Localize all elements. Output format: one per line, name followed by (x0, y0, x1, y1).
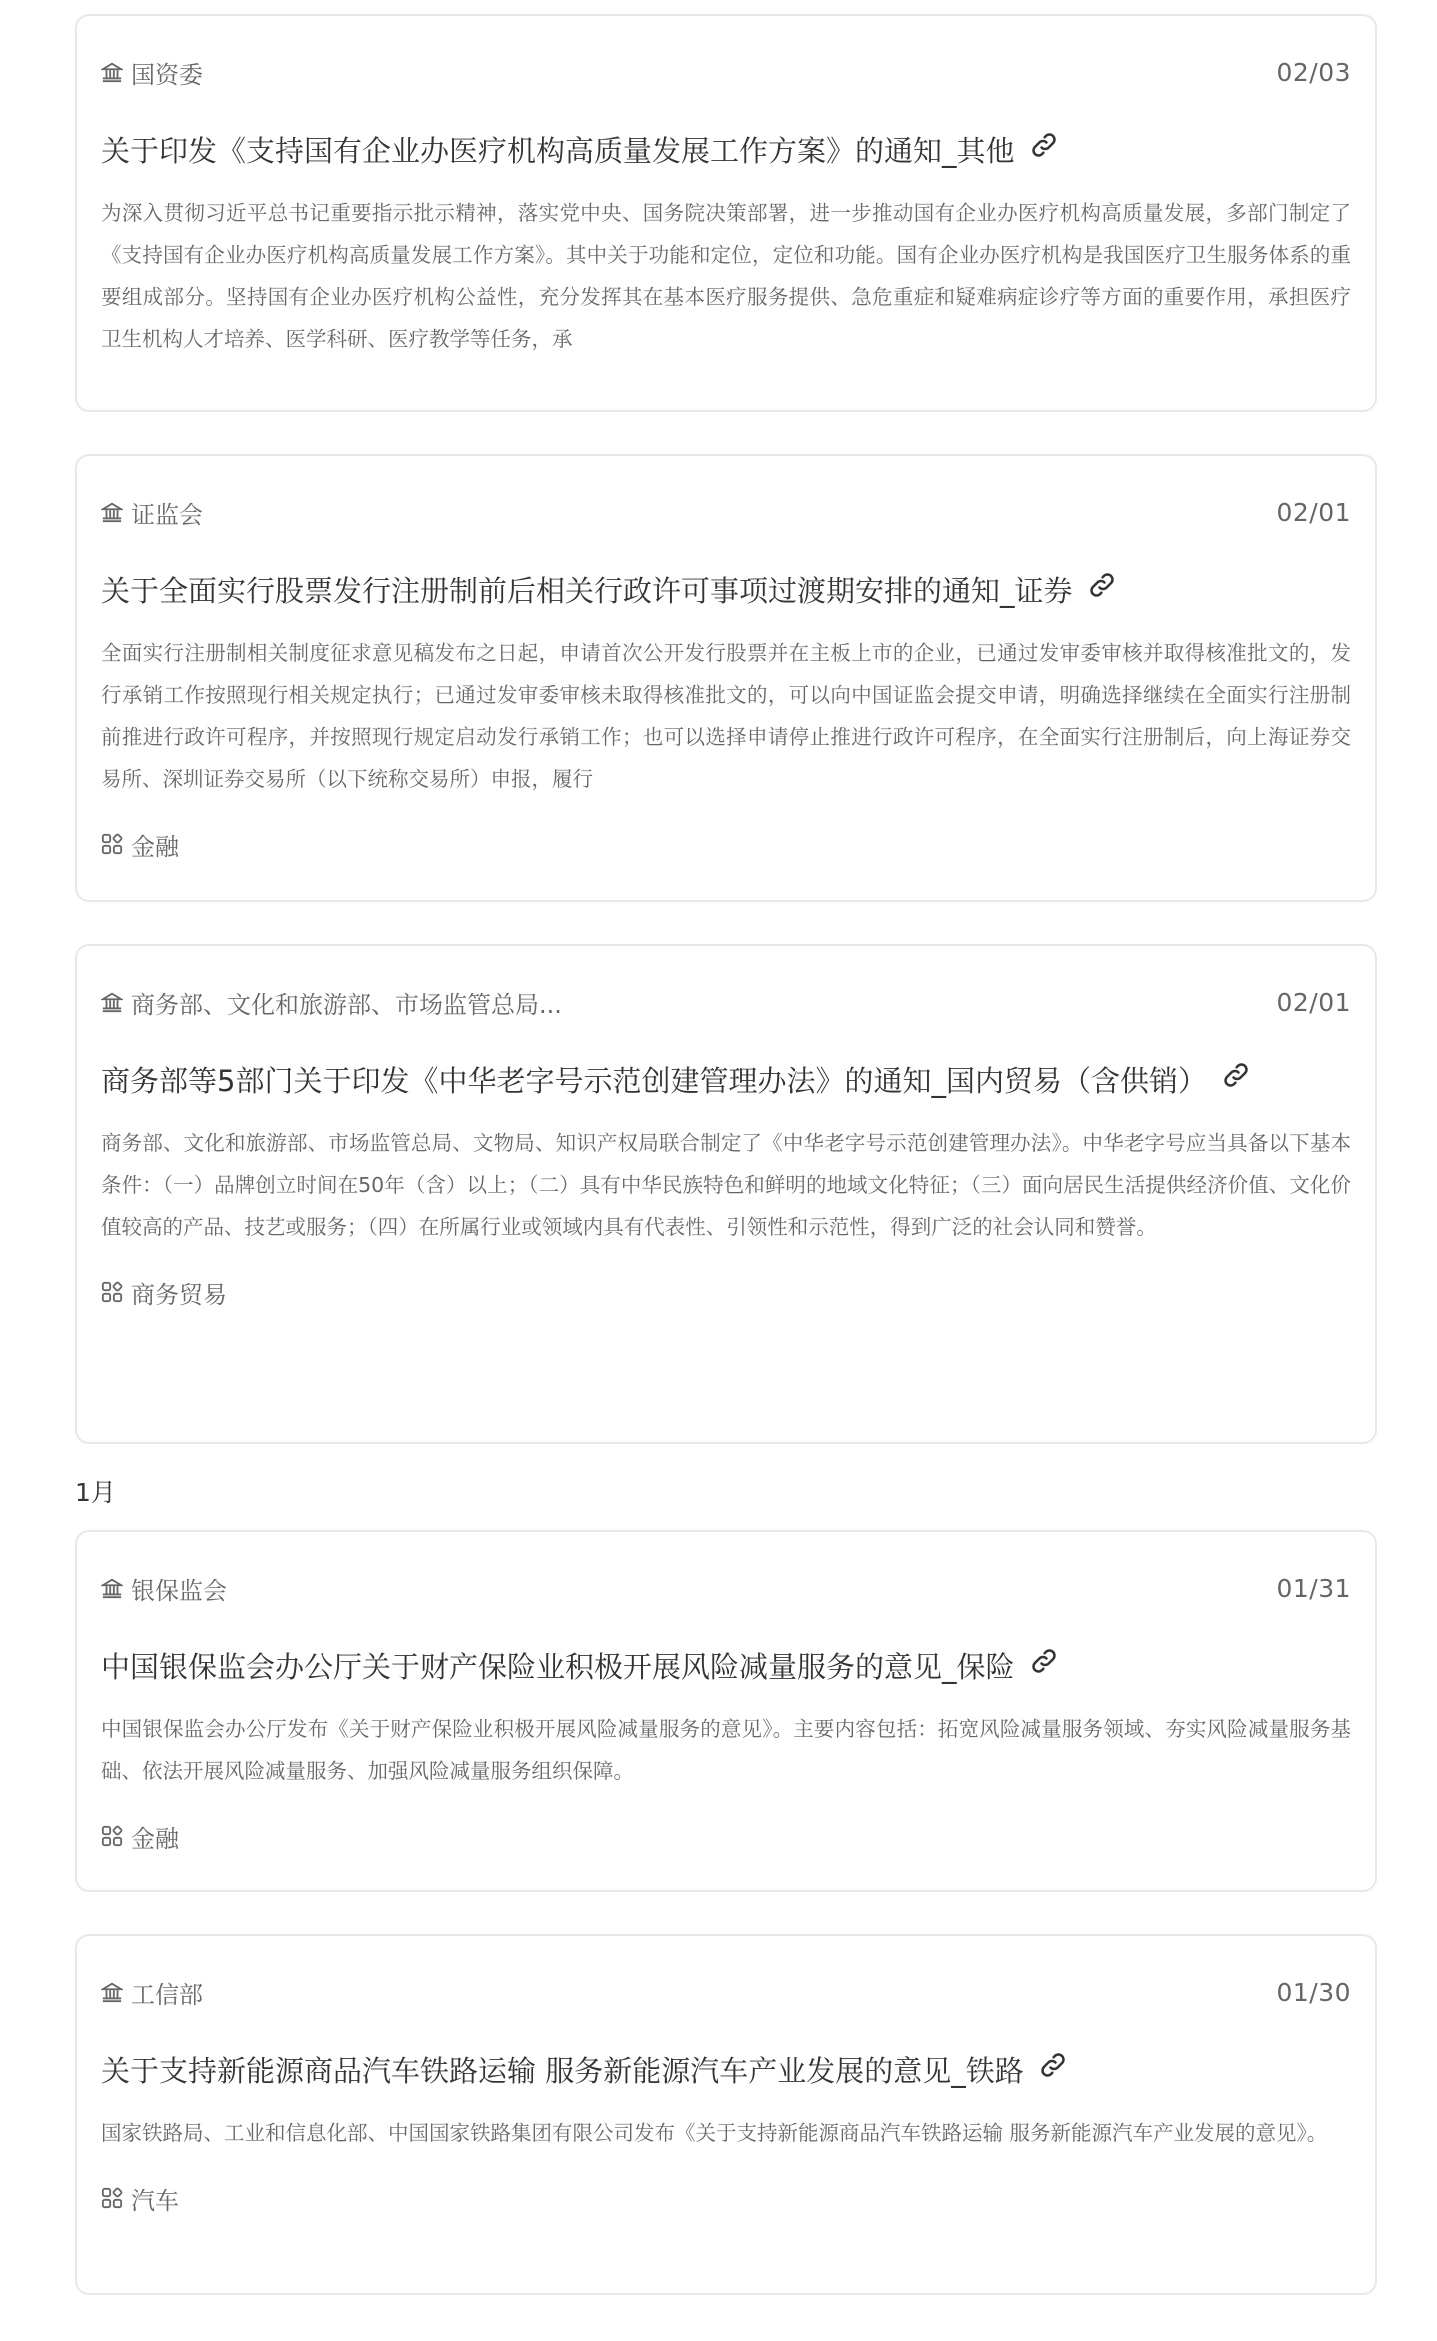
policy-summary: 中国银保监会办公厅发布《关于财产保险业积极开展风险减量服务的意见》。主要内容包括… (101, 1708, 1351, 1792)
category-tag[interactable]: 商务贸易 (101, 1272, 1351, 1312)
category-apps-icon (101, 2187, 123, 2209)
policy-title[interactable]: 关于支持新能源商品汽车铁路运输 服务新能源汽车产业发展的意见_铁路 (101, 2044, 1351, 2098)
policy-title-text[interactable]: 关于全面实行股票发行注册制前后相关行政许可事项过渡期安排的通知_证券 (101, 574, 1073, 608)
department: 工信部 (101, 1975, 203, 2010)
category-tag-label: 商务贸易 (131, 1275, 227, 1310)
policy-title-text[interactable]: 关于支持新能源商品汽车铁路运输 服务新能源汽车产业发展的意见_铁路 (101, 2054, 1024, 2088)
policy-summary: 商务部、文化和旅游部、市场监管总局、文物局、知识产权局联合制定了《中华老字号示范… (101, 1122, 1351, 1248)
department-name: 证监会 (131, 495, 203, 530)
card-header: 证监会 02/01 (101, 494, 1351, 530)
category-apps-icon (101, 833, 123, 855)
department-name: 商务部、文化和旅游部、市场监管总局... (131, 985, 562, 1020)
department-name: 国资委 (131, 55, 203, 90)
category-tag-label: 汽车 (131, 2181, 179, 2216)
publish-date: 01/31 (1276, 1574, 1351, 1603)
category-tag[interactable]: 金融 (101, 824, 1351, 864)
policy-summary: 国家铁路局、工业和信息化部、中国国家铁路集团有限公司发布《关于支持新能源商品汽车… (101, 2112, 1351, 2154)
department-name: 银保监会 (131, 1571, 227, 1606)
policy-title[interactable]: 商务部等5部门关于印发《中华老字号示范创建管理办法》的通知_国内贸易（含供销） (101, 1054, 1351, 1108)
category-apps-icon (101, 1281, 123, 1303)
publish-date: 02/01 (1276, 498, 1351, 527)
publish-date: 02/01 (1276, 988, 1351, 1017)
policy-card[interactable]: 工信部 01/30 关于支持新能源商品汽车铁路运输 服务新能源汽车产业发展的意见… (75, 1934, 1377, 2295)
card-header: 国资委 02/03 (101, 54, 1351, 90)
card-header: 商务部、文化和旅游部、市场监管总局... 02/01 (101, 984, 1351, 1020)
publish-date: 01/30 (1276, 1978, 1351, 2007)
link-chain-icon[interactable] (1029, 1639, 1059, 1693)
policy-card[interactable]: 证监会 02/01 关于全面实行股票发行注册制前后相关行政许可事项过渡期安排的通… (75, 454, 1377, 902)
policy-card[interactable]: 国资委 02/03 关于印发《支持国有企业办医疗机构高质量发展工作方案》的通知_… (75, 14, 1377, 412)
policy-card[interactable]: 商务部、文化和旅游部、市场监管总局... 02/01 商务部等5部门关于印发《中… (75, 944, 1377, 1444)
category-tag-label: 金融 (131, 1819, 179, 1854)
link-chain-icon[interactable] (1038, 2043, 1068, 2097)
policy-title[interactable]: 关于印发《支持国有企业办医疗机构高质量发展工作方案》的通知_其他 (101, 124, 1351, 178)
policy-title-text[interactable]: 关于印发《支持国有企业办医疗机构高质量发展工作方案》的通知_其他 (101, 134, 1015, 168)
card-header: 银保监会 01/31 (101, 1570, 1351, 1606)
department: 国资委 (101, 55, 203, 90)
card-header: 工信部 01/30 (101, 1974, 1351, 2010)
department-name: 工信部 (131, 1975, 203, 2010)
policy-feed: 国资委 02/03 关于印发《支持国有企业办医疗机构高质量发展工作方案》的通知_… (75, 14, 1377, 2337)
link-chain-icon[interactable] (1029, 123, 1059, 177)
institution-building-icon (101, 61, 123, 83)
month-heading: 1月 (75, 1478, 1377, 1508)
institution-building-icon (101, 1577, 123, 1599)
link-chain-icon[interactable] (1087, 563, 1117, 617)
publish-date: 02/03 (1276, 58, 1351, 87)
department: 证监会 (101, 495, 203, 530)
policy-card[interactable]: 银保监会 01/31 中国银保监会办公厅关于财产保险业积极开展风险减量服务的意见… (75, 1530, 1377, 1892)
institution-building-icon (101, 501, 123, 523)
institution-building-icon (101, 1981, 123, 2003)
policy-summary: 为深入贯彻习近平总书记重要指示批示精神，落实党中央、国务院决策部署，进一步推动国… (101, 192, 1351, 360)
policy-title[interactable]: 关于全面实行股票发行注册制前后相关行政许可事项过渡期安排的通知_证券 (101, 564, 1351, 618)
category-apps-icon (101, 1825, 123, 1847)
department: 银保监会 (101, 1571, 227, 1606)
policy-title-text[interactable]: 中国银保监会办公厅关于财产保险业积极开展风险减量服务的意见_保险 (101, 1650, 1015, 1684)
category-tag[interactable]: 汽车 (101, 2178, 1351, 2218)
link-chain-icon[interactable] (1221, 1053, 1251, 1107)
department: 商务部、文化和旅游部、市场监管总局... (101, 985, 562, 1020)
policy-summary: 全面实行注册制相关制度征求意见稿发布之日起，申请首次公开发行股票并在主板上市的企… (101, 632, 1351, 800)
category-tag-label: 金融 (131, 827, 179, 862)
institution-building-icon (101, 991, 123, 1013)
policy-title-text[interactable]: 商务部等5部门关于印发《中华老字号示范创建管理办法》的通知_国内贸易（含供销） (101, 1064, 1207, 1098)
policy-title[interactable]: 中国银保监会办公厅关于财产保险业积极开展风险减量服务的意见_保险 (101, 1640, 1351, 1694)
category-tag[interactable]: 金融 (101, 1816, 1351, 1856)
